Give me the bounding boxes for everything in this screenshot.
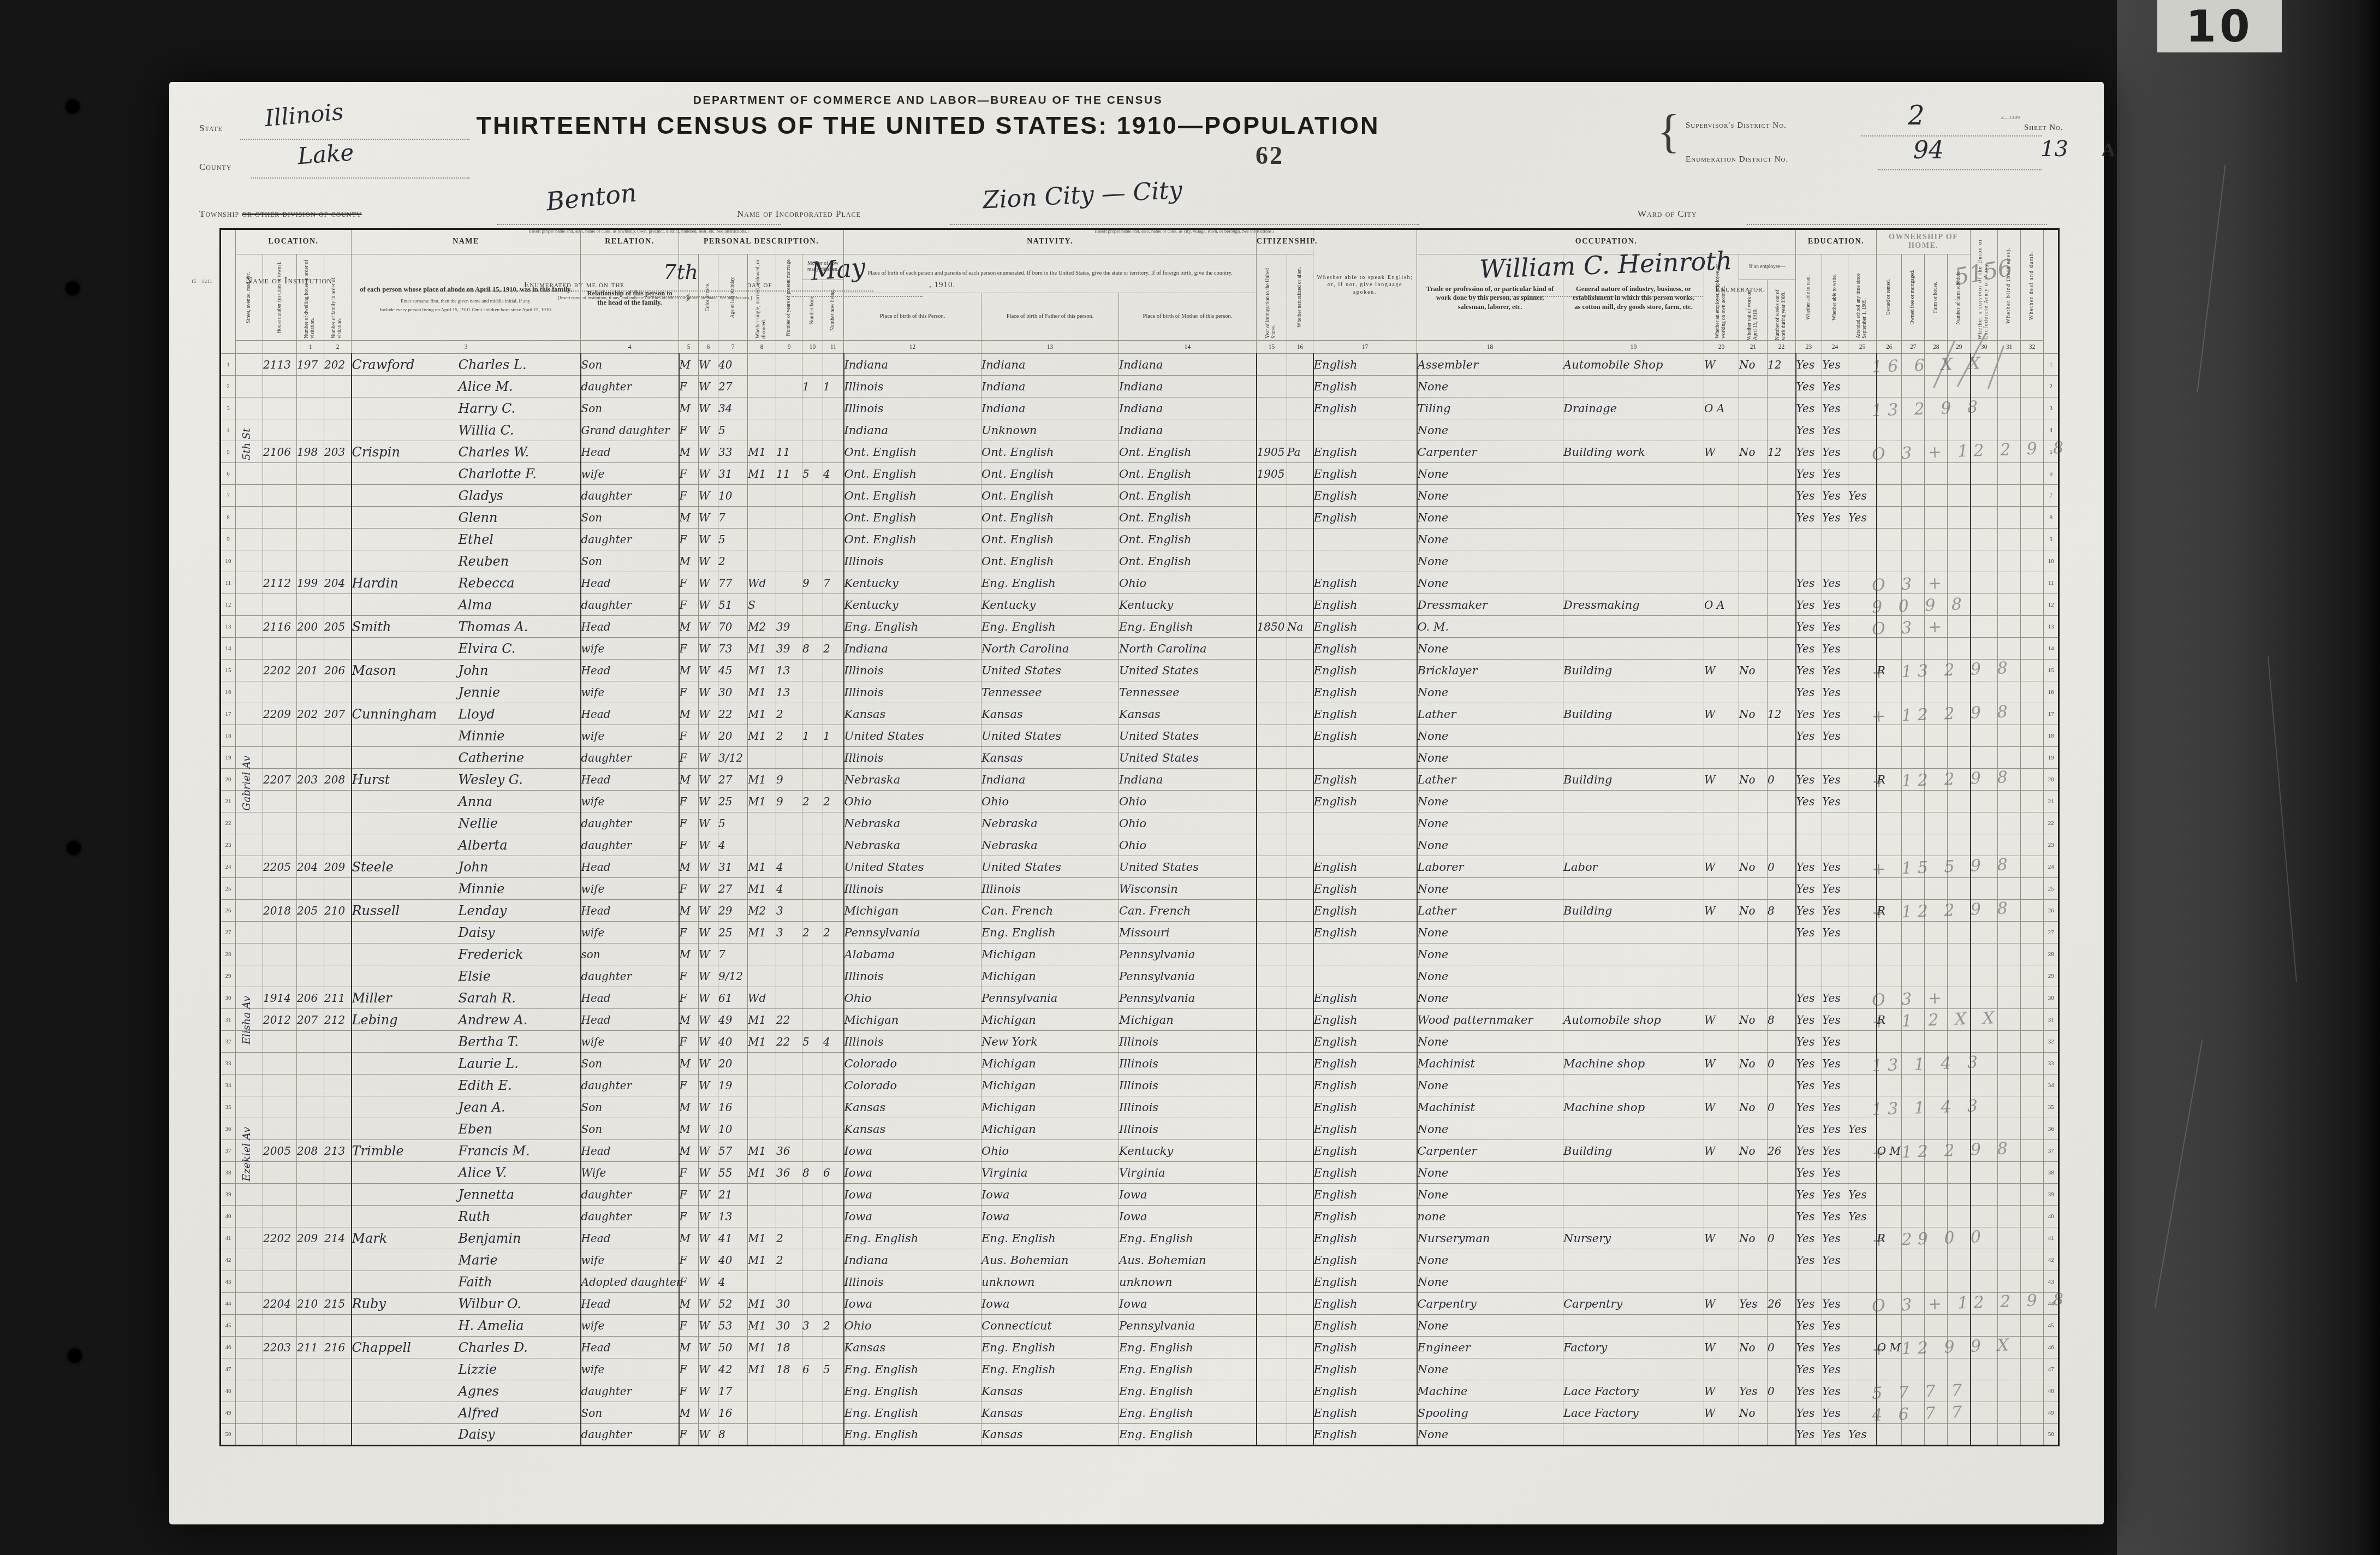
cell-wr: [1822, 965, 1848, 987]
cell-ms: [748, 397, 776, 419]
cell-cs: [1704, 1424, 1739, 1446]
column-group-header: NAME: [352, 229, 581, 254]
cell-rd: Yes: [1796, 485, 1822, 507]
cell-f29: [1948, 463, 1971, 485]
given-name: Alfred: [459, 1405, 499, 1421]
cell-ag: 41: [718, 1227, 748, 1249]
cell-fm: [324, 419, 352, 441]
cell-en: English: [1313, 463, 1417, 485]
cell-en: English: [1313, 1184, 1417, 1206]
cell-sx: F: [679, 463, 699, 485]
cell-bp: Illinois: [844, 1271, 981, 1293]
column-number: [263, 341, 297, 354]
cell-f28: [1925, 943, 1948, 965]
cell-tr: Lather: [1417, 703, 1563, 725]
cell-st: [236, 812, 263, 834]
cell-bf: Indiana: [981, 376, 1119, 397]
cell-name: Agnes: [352, 1380, 581, 1402]
cell-ag: 20: [718, 1053, 748, 1075]
cell-ym: 2: [776, 703, 802, 725]
cell-cl: [823, 1009, 844, 1031]
cell-sc: [1848, 1075, 1877, 1096]
cell-wk: 26: [1768, 1293, 1796, 1315]
cell-cs: [1704, 529, 1739, 550]
cell-ind: [1563, 1424, 1704, 1446]
county-label: County: [199, 162, 231, 173]
cell-wk: [1768, 922, 1796, 943]
cell-fm: [324, 747, 352, 769]
cell-name: Charlotte F.: [352, 463, 581, 485]
cell-ind: Building: [1563, 660, 1704, 681]
cell-wk: 0: [1768, 1380, 1796, 1402]
cell-tr: Assembler: [1417, 354, 1563, 376]
cell-rd: Yes: [1796, 572, 1822, 594]
cell-wk: [1768, 572, 1796, 594]
cell-c32: [2021, 1249, 2044, 1271]
line-number-left: 26: [221, 900, 236, 922]
census-row-3: 3Harry C.SonMW34IllinoisIndianaIndianaEn…: [221, 397, 2059, 419]
cell-hn: 1914: [263, 987, 297, 1009]
cell-rd: [1796, 550, 1822, 572]
cell-wr: Yes: [1822, 419, 1848, 441]
cell-sx: F: [679, 638, 699, 660]
cell-ms: [748, 943, 776, 965]
cell-bp: Iowa: [844, 1162, 981, 1184]
cell-bf: Ohio: [981, 1140, 1119, 1162]
cell-bm: Pennsylvania: [1119, 965, 1257, 987]
column-number: 28: [1925, 341, 1948, 354]
cell-bp: Iowa: [844, 1184, 981, 1206]
given-name: Ethel: [459, 532, 494, 547]
cell-sx: F: [679, 572, 699, 594]
cell-cl: [823, 747, 844, 769]
cell-im: [1257, 572, 1287, 594]
cell-hm: [1877, 1271, 1902, 1293]
cell-st: [236, 1271, 263, 1293]
column-number: 31: [1998, 341, 2021, 354]
cell-f27: [1902, 529, 1925, 550]
cell-en: English: [1313, 878, 1417, 900]
cell-bf: Iowa: [981, 1206, 1119, 1227]
cell-bp: Illinois: [844, 397, 981, 419]
cell-im: [1257, 419, 1287, 441]
cell-na: [1287, 529, 1313, 550]
cell-ow: No: [1739, 660, 1768, 681]
cell-na: [1287, 660, 1313, 681]
cell-cl: [823, 900, 844, 922]
cell-sx: M: [679, 856, 699, 878]
line-number-left: 40: [221, 1206, 236, 1227]
cell-cs: W: [1704, 1009, 1739, 1031]
cell-c30: [1971, 1315, 1998, 1337]
cell-bm: Illinois: [1119, 1053, 1257, 1075]
cell-rd: [1796, 965, 1822, 987]
cell-wk: [1768, 747, 1796, 769]
cell-cr: W: [699, 1053, 718, 1075]
cell-im: [1257, 1206, 1287, 1227]
column-header: Place of birth of each person and parent…: [844, 254, 1257, 341]
cell-dw: [297, 878, 324, 900]
cell-dw: [297, 747, 324, 769]
cell-f27: [1902, 550, 1925, 572]
cell-f27: [1902, 376, 1925, 397]
cell-c31: [1998, 747, 2021, 769]
cell-im: [1257, 1075, 1287, 1096]
cell-im: [1257, 529, 1287, 550]
cell-sc: [1848, 681, 1877, 703]
cell-dw: 197: [297, 354, 324, 376]
cell-cr: W: [699, 1184, 718, 1206]
surname: Smith: [352, 619, 459, 634]
cell-na: [1287, 987, 1313, 1009]
cell-en: English: [1313, 769, 1417, 791]
cell-name: Lizzie: [352, 1358, 581, 1380]
cell-ms: M1: [748, 441, 776, 463]
cell-hn: [263, 376, 297, 397]
cell-st: Elisha Av: [236, 1009, 263, 1031]
given-name: Wilbur O.: [459, 1296, 521, 1311]
cell-cs: [1704, 616, 1739, 638]
cell-c31: [1998, 878, 2021, 900]
cell-dw: [297, 638, 324, 660]
column-number: 18: [1417, 341, 1563, 354]
cell-ind: [1563, 1184, 1704, 1206]
cell-c32: [2021, 638, 2044, 660]
cell-c32: [2021, 725, 2044, 747]
cell-hn: [263, 1096, 297, 1118]
cell-na: [1287, 1031, 1313, 1053]
cell-im: [1257, 1271, 1287, 1293]
cell-fm: [324, 1206, 352, 1227]
column-number: 6: [699, 341, 718, 354]
cell-sx: M: [679, 550, 699, 572]
cell-dw: [297, 1424, 324, 1446]
cell-cb: [802, 594, 823, 616]
cell-bm: Iowa: [1119, 1184, 1257, 1206]
cell-wk: 8: [1768, 1009, 1796, 1031]
cell-na: [1287, 1009, 1313, 1031]
cell-c31: [1998, 922, 2021, 943]
cell-ind: Automobile shop: [1563, 1009, 1704, 1031]
cell-im: [1257, 1380, 1287, 1402]
cell-ms: [748, 747, 776, 769]
cell-bm: Kentucky: [1119, 1140, 1257, 1162]
cell-cr: W: [699, 703, 718, 725]
cell-cs: [1704, 1162, 1739, 1184]
cell-sc: [1848, 747, 1877, 769]
cell-ag: 29: [718, 900, 748, 922]
cell-bp: Ohio: [844, 987, 981, 1009]
cell-im: [1257, 725, 1287, 747]
cell-ag: 7: [718, 943, 748, 965]
cell-bf: Michigan: [981, 1118, 1119, 1140]
cell-sx: F: [679, 1162, 699, 1184]
cell-dw: [297, 1031, 324, 1053]
cell-fm: 210: [324, 900, 352, 922]
cell-sx: F: [679, 1315, 699, 1337]
cell-c32: [2021, 1315, 2044, 1337]
cell-f27: [1902, 638, 1925, 660]
cell-f29: [1948, 638, 1971, 660]
cell-ag: 7: [718, 507, 748, 529]
cell-na: [1287, 1315, 1313, 1337]
cell-ms: [748, 485, 776, 507]
cell-name: Ethel: [352, 529, 581, 550]
cell-im: [1257, 1358, 1287, 1380]
cell-f28: [1925, 1031, 1948, 1053]
cell-st: [236, 943, 263, 965]
cell-bf: Ont. English: [981, 529, 1119, 550]
cell-ms: M1: [748, 725, 776, 747]
column-number: 29: [1948, 341, 1971, 354]
cell-bf: Aus. Bohemian: [981, 1249, 1119, 1271]
given-name: Charles D.: [459, 1340, 528, 1355]
cell-sx: F: [679, 1380, 699, 1402]
cell-c32: [2021, 791, 2044, 812]
cell-ow: [1739, 878, 1768, 900]
cell-tr: None: [1417, 376, 1563, 397]
cell-sc: [1848, 419, 1877, 441]
cell-c31: [1998, 834, 2021, 856]
given-name: Francis M.: [459, 1143, 530, 1159]
cell-hm: [1877, 943, 1902, 965]
cell-ind: [1563, 572, 1704, 594]
cell-sc: [1848, 812, 1877, 834]
cell-sx: M: [679, 769, 699, 791]
cell-rl: daughter: [581, 1206, 679, 1227]
cell-na: [1287, 878, 1313, 900]
cell-im: [1257, 1031, 1287, 1053]
cell-f28: [1925, 1249, 1948, 1271]
cell-f29: [1948, 1184, 1971, 1206]
cell-c31: [1998, 1184, 2021, 1206]
cell-bf: Ont. English: [981, 463, 1119, 485]
cell-hn: [263, 747, 297, 769]
cell-cl: [823, 1380, 844, 1402]
cell-sc: [1848, 791, 1877, 812]
cell-c32: [2021, 965, 2044, 987]
cell-cl: [823, 1337, 844, 1358]
line-number-right: 10: [2044, 550, 2059, 572]
cell-hm: [1877, 681, 1902, 703]
cell-cb: [802, 943, 823, 965]
cell-im: [1257, 681, 1287, 703]
census-row-42: 42MariewifeFW40M12IndianaAus. BohemianAu…: [221, 1249, 2059, 1271]
cell-dw: [297, 943, 324, 965]
census-row-50: 50DaisydaughterFW8Eng. EnglishKansasEng.…: [221, 1424, 2059, 1446]
cell-dw: [297, 1315, 324, 1337]
given-name: Reuben: [459, 554, 509, 569]
given-name: Thomas A.: [459, 619, 528, 634]
cell-cl: [823, 965, 844, 987]
cell-cr: W: [699, 1358, 718, 1380]
column-number: 26: [1877, 341, 1902, 354]
cell-name: Gladys: [352, 485, 581, 507]
cell-bp: Illinois: [844, 747, 981, 769]
cell-ag: 19: [718, 1075, 748, 1096]
cell-ind: Building: [1563, 900, 1704, 922]
cell-bm: Illinois: [1119, 1031, 1257, 1053]
cell-cs: W: [1704, 441, 1739, 463]
cell-name: Edith E.: [352, 1075, 581, 1096]
cell-c30: [1971, 1162, 1998, 1184]
cell-cs: [1704, 1118, 1739, 1140]
cell-fm: [324, 529, 352, 550]
cell-cl: [823, 1184, 844, 1206]
cell-ym: 11: [776, 463, 802, 485]
column-header: Year of immigration to the United States…: [1257, 254, 1287, 341]
cell-cb: [802, 812, 823, 834]
cell-hm: [1877, 878, 1902, 900]
cell-wk: 0: [1768, 1337, 1796, 1358]
cell-cs: [1704, 1075, 1739, 1096]
cell-tr: none: [1417, 1206, 1563, 1227]
cell-name: Marie: [352, 1249, 581, 1271]
line-number-left: 36: [221, 1118, 236, 1140]
cell-bm: Ont. English: [1119, 529, 1257, 550]
cell-tr: Engineer: [1417, 1337, 1563, 1358]
cell-sx: M: [679, 660, 699, 681]
cell-im: [1257, 660, 1287, 681]
column-number: 1: [297, 341, 324, 354]
column-number: 19: [1563, 341, 1704, 354]
line-number-left: 50: [221, 1424, 236, 1446]
cell-tr: Wood patternmaker: [1417, 1009, 1563, 1031]
cell-na: [1287, 834, 1313, 856]
cell-cl: [823, 485, 844, 507]
cell-c31: [1998, 791, 2021, 812]
cell-ym: [776, 1402, 802, 1424]
cell-cs: [1704, 943, 1739, 965]
cell-cr: W: [699, 1075, 718, 1096]
cell-na: [1287, 965, 1313, 987]
cell-hn: [263, 638, 297, 660]
column-header: Color or race.: [699, 254, 718, 341]
cell-ow: No: [1739, 1140, 1768, 1162]
cell-en: English: [1313, 376, 1417, 397]
cell-cs: W: [1704, 1227, 1739, 1249]
cell-cb: [802, 1271, 823, 1293]
cell-rd: Yes: [1796, 1162, 1822, 1184]
cell-ms: [748, 1075, 776, 1096]
cell-wr: Yes: [1822, 397, 1848, 419]
cell-ms: M1: [748, 1315, 776, 1337]
cell-bm: Ohio: [1119, 812, 1257, 834]
column-header: Farm or house.: [1925, 254, 1948, 341]
cell-cr: W: [699, 1096, 718, 1118]
line-number-left: 34: [221, 1075, 236, 1096]
cell-sc: [1848, 1162, 1877, 1184]
cell-ag: 34: [718, 397, 748, 419]
cell-c30: [1971, 550, 1998, 572]
cell-c31: [1998, 1162, 2021, 1184]
cell-cr: W: [699, 1293, 718, 1315]
cell-bf: Pennsylvania: [981, 987, 1119, 1009]
cell-cb: [802, 834, 823, 856]
cell-cr: W: [699, 1337, 718, 1358]
cell-st: [236, 1184, 263, 1206]
cell-na: [1287, 1424, 1313, 1446]
cell-hn: [263, 878, 297, 900]
cell-f29: [1948, 725, 1971, 747]
cell-fm: [324, 397, 352, 419]
cell-cs: W: [1704, 354, 1739, 376]
cell-hm: [1877, 922, 1902, 943]
cell-bf: Eng. English: [981, 1337, 1119, 1358]
cell-en: English: [1313, 1337, 1417, 1358]
cell-bp: Colorado: [844, 1053, 981, 1075]
cell-wk: [1768, 965, 1796, 987]
column-header: Trade or profession of, or particular ki…: [1417, 254, 1563, 341]
cell-ow: [1739, 725, 1768, 747]
cell-st: [236, 1315, 263, 1337]
cell-fm: [324, 812, 352, 834]
cell-hn: [263, 1402, 297, 1424]
cell-st: 5th St: [236, 441, 263, 463]
cell-ms: M1: [748, 638, 776, 660]
cell-rl: Wife: [581, 1162, 679, 1184]
cell-bf: Indiana: [981, 354, 1119, 376]
cell-en: English: [1313, 1096, 1417, 1118]
cell-cr: W: [699, 616, 718, 638]
cell-c31: [1998, 507, 2021, 529]
cell-im: [1257, 1096, 1287, 1118]
cell-hm: 13 1 4 3: [1877, 1053, 1902, 1075]
cell-dw: [297, 485, 324, 507]
line-number-left: 5: [221, 441, 236, 463]
cell-st: [236, 1337, 263, 1358]
cell-tr: None: [1417, 638, 1563, 660]
column-header: Whether an employer, employee, or workin…: [1704, 254, 1739, 341]
cell-bm: Iowa: [1119, 1293, 1257, 1315]
cell-ind: Carpentry: [1563, 1293, 1704, 1315]
cell-c32: [2021, 419, 2044, 441]
cell-bm: Ohio: [1119, 572, 1257, 594]
cell-hn: 2005: [263, 1140, 297, 1162]
cell-sc: [1848, 943, 1877, 965]
cell-im: [1257, 856, 1287, 878]
cell-ag: 77: [718, 572, 748, 594]
line-number-right: 50: [2044, 1424, 2059, 1446]
cell-cb: 5: [802, 463, 823, 485]
column-number: 5: [679, 341, 699, 354]
cell-bp: Illinois: [844, 376, 981, 397]
cell-cl: [823, 419, 844, 441]
cell-ms: M1: [748, 856, 776, 878]
county-blank-line: [251, 177, 469, 179]
cell-ym: 13: [776, 681, 802, 703]
population-schedule-table: LOCATION.NAMERELATION.PERSONAL DESCRIPTI…: [219, 228, 2060, 1446]
cell-im: [1257, 507, 1287, 529]
cell-cl: 2: [823, 1315, 844, 1337]
cell-bf: Ont. English: [981, 485, 1119, 507]
cell-name: Daisy: [352, 922, 581, 943]
cell-wr: [1822, 747, 1848, 769]
cell-en: English: [1313, 1293, 1417, 1315]
cell-en: English: [1313, 1380, 1417, 1402]
cell-fm: [324, 1162, 352, 1184]
cell-ym: 30: [776, 1315, 802, 1337]
cell-tr: None: [1417, 922, 1563, 943]
cell-ms: [748, 1424, 776, 1446]
cell-cl: [823, 1271, 844, 1293]
cell-cs: W: [1704, 1337, 1739, 1358]
cell-f29: [1948, 878, 1971, 900]
cell-ind: [1563, 616, 1704, 638]
cell-name: CrawfordCharles L.: [352, 354, 581, 376]
cell-hn: [263, 1031, 297, 1053]
census-row-17: 172209202207CunninghamLloydHeadMW22M12Ka…: [221, 703, 2059, 725]
